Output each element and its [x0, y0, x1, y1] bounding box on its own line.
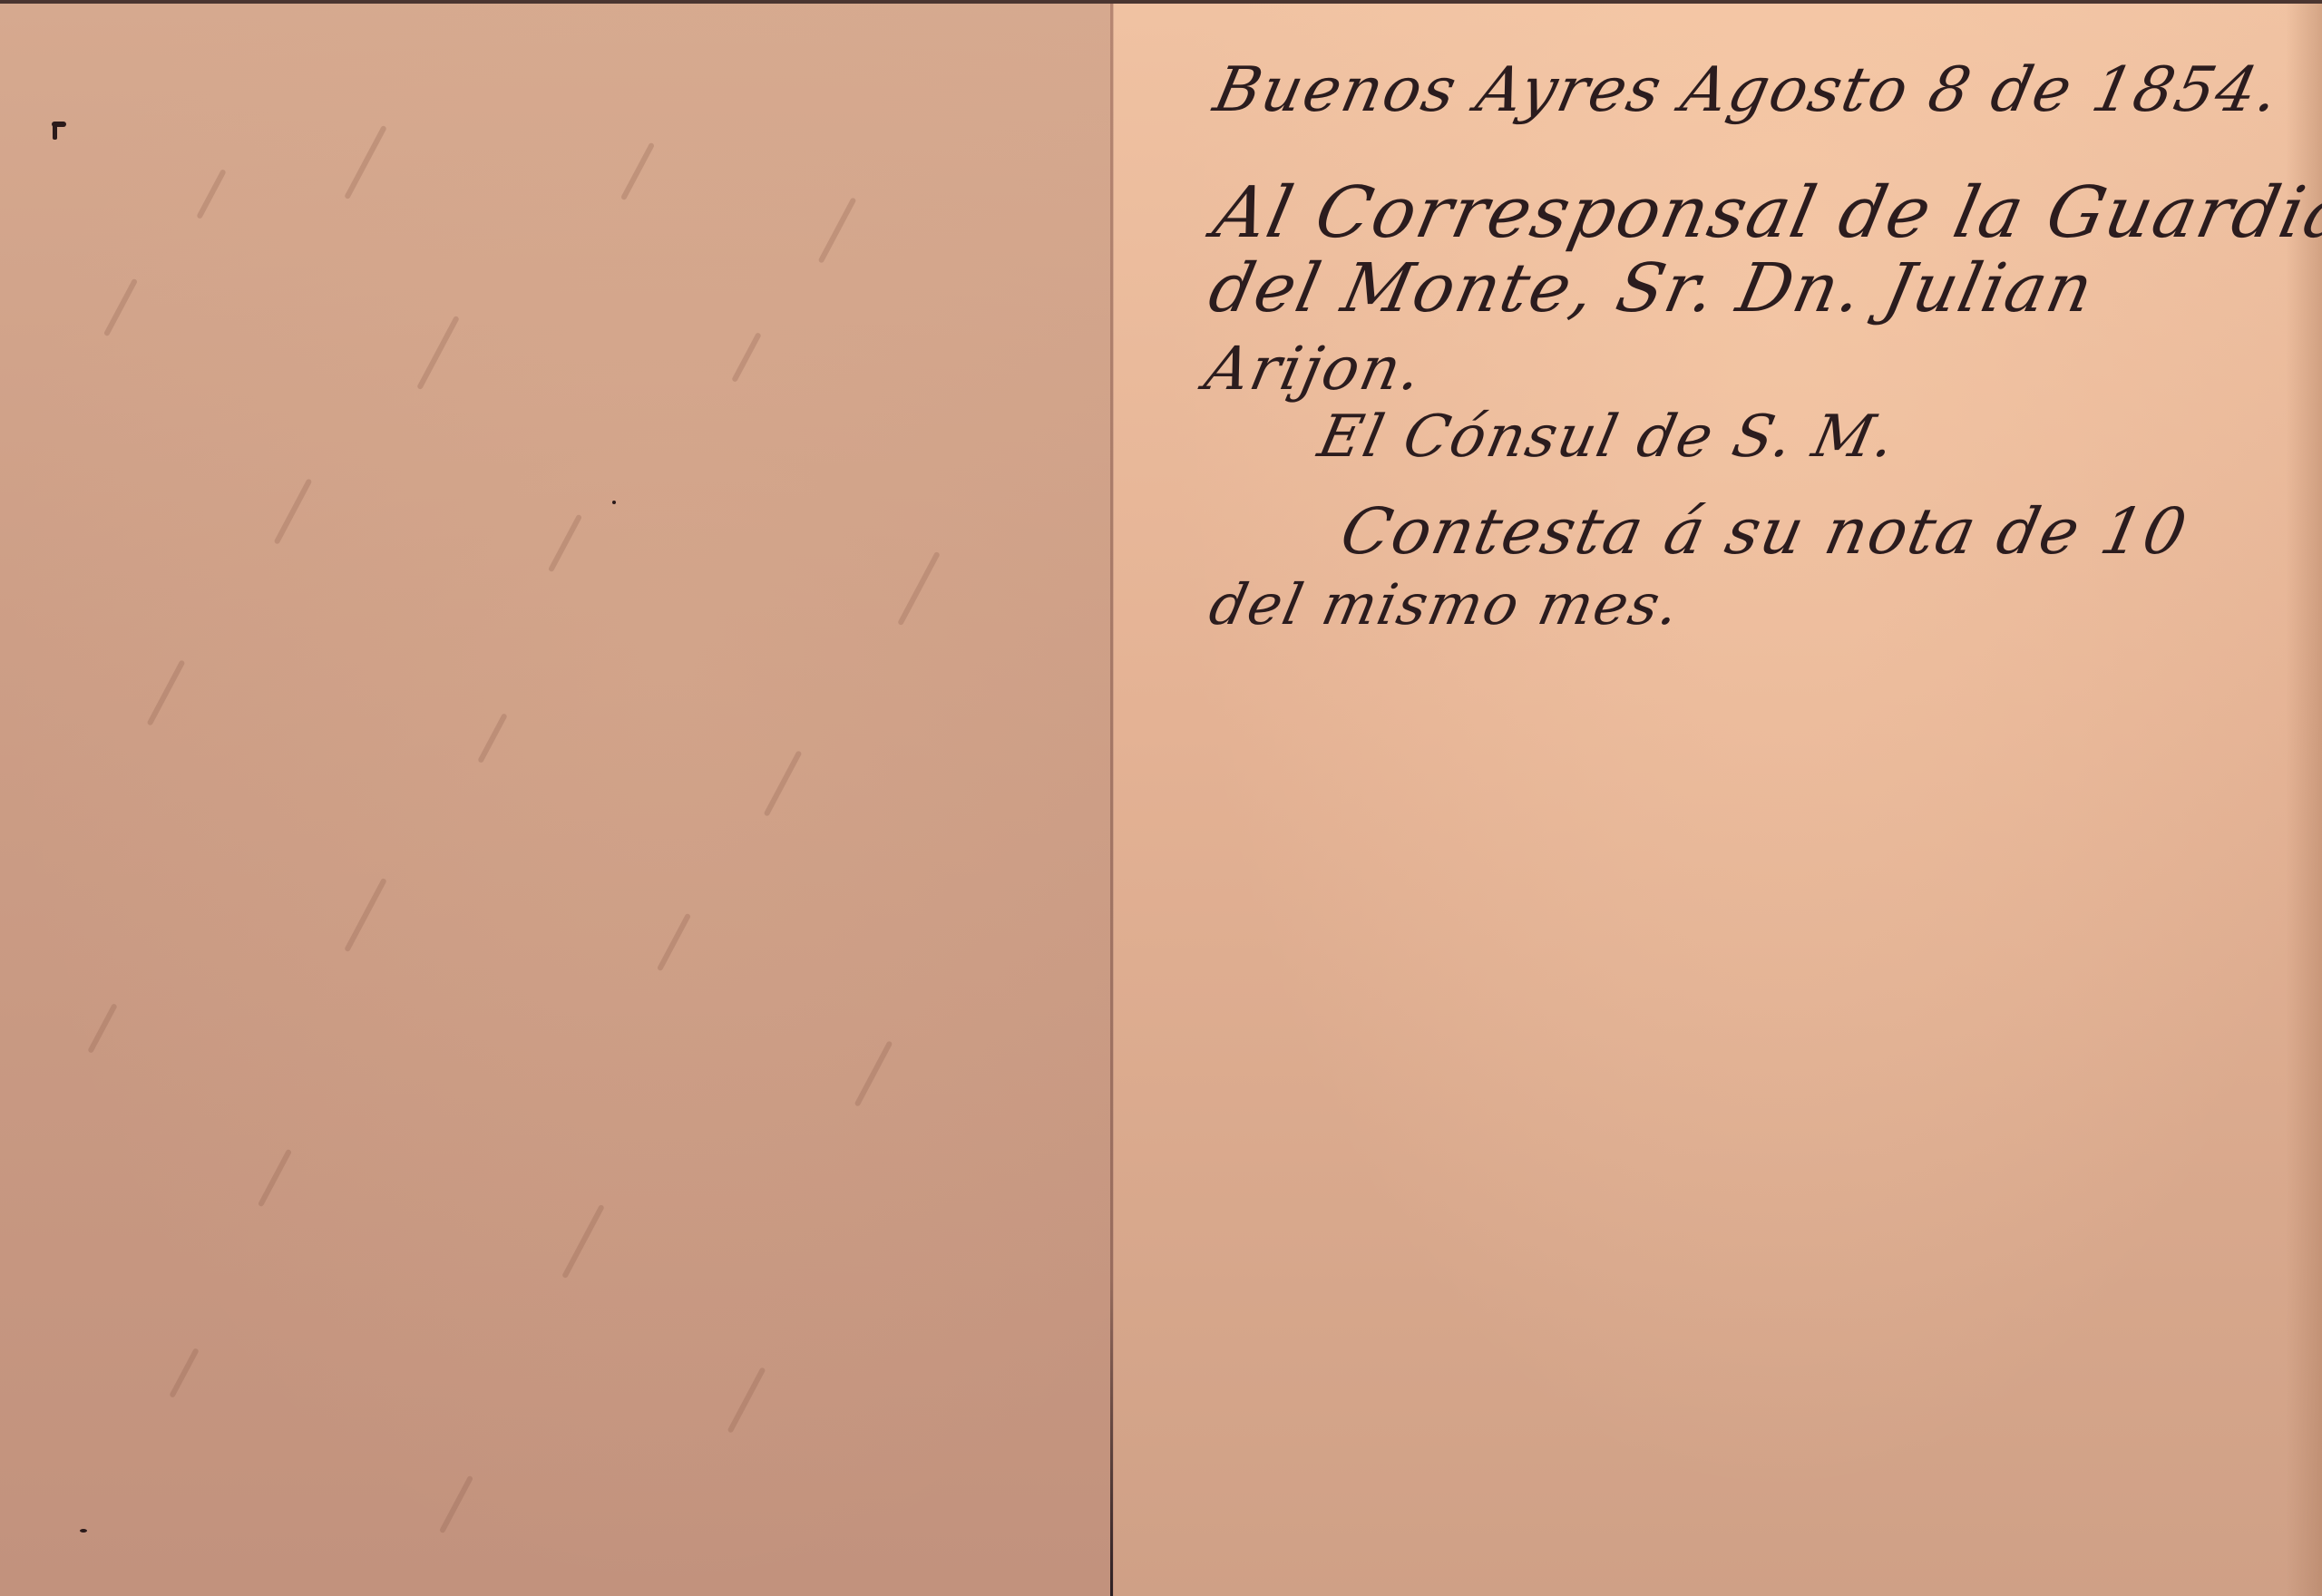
bleed-through-stroke: [344, 125, 387, 199]
letter-dateline: Buenos Ayres Agosto 8 de 1854.: [1208, 54, 2287, 126]
bleed-through-stroke: [169, 1348, 199, 1398]
bleed-through-stroke: [854, 1040, 893, 1106]
bleed-through-stroke: [103, 278, 138, 337]
letter-body-line-1: Contesta á su nota de 10: [1334, 494, 2194, 569]
letter-addressee-line-2: del Monte, Sr. Dn. Julian: [1203, 249, 2102, 327]
bleed-through-stroke: [477, 713, 507, 764]
bleed-through-stroke: [561, 1204, 605, 1279]
bleed-through-stroke: [620, 142, 655, 201]
bleed-through-stroke: [258, 1149, 292, 1208]
bleed-through-stroke: [657, 913, 691, 972]
document-spread: Buenos Ayres Agosto 8 de 1854. Al Corres…: [0, 0, 2322, 1596]
bleed-through-stroke: [548, 514, 582, 573]
bleed-through-stroke: [274, 478, 313, 544]
bleed-through-stroke: [897, 551, 941, 626]
letter-body-line-2: del mismo mes.: [1204, 571, 1687, 637]
bleed-through-stroke: [87, 1003, 117, 1054]
ink-speck: [612, 501, 616, 504]
letter-addressee-line-3: Arijon.: [1199, 334, 1429, 404]
letter-sender: El Cónsul de S. M.: [1312, 404, 1902, 471]
bleed-through-stroke: [764, 750, 803, 816]
page-gutter-fold: [1110, 4, 1113, 1596]
bleed-through-stroke: [727, 1367, 766, 1433]
bleed-through-stroke: [196, 169, 226, 219]
ink-speck: [80, 1529, 87, 1533]
bleed-through-stroke: [147, 659, 186, 725]
bleed-through-stroke: [416, 316, 460, 390]
left-page: [0, 4, 1114, 1596]
bleed-through-stroke: [818, 197, 857, 263]
ink-blot: [50, 120, 68, 141]
bleed-through-stroke: [344, 878, 387, 952]
letter-addressee-line-1: Al Corresponsal de la Guardia: [1206, 172, 2322, 254]
bleed-through-stroke: [439, 1475, 473, 1534]
bleed-through-stroke: [731, 332, 761, 383]
